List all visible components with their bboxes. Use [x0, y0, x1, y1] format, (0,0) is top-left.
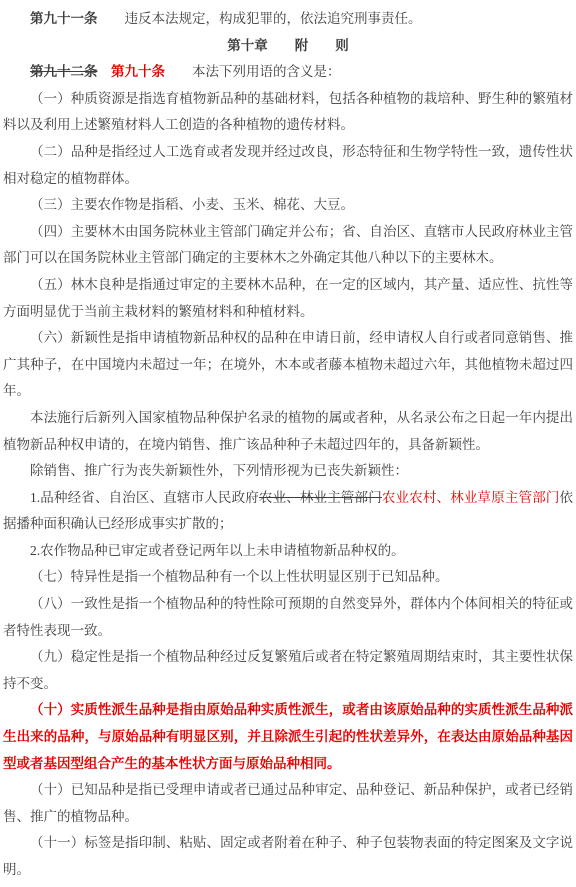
article-text: 违反本法规定，构成犯罪的，依法追究刑事责任。	[98, 11, 422, 26]
body-text: 2.农作物品种已审定或者登记两年以上未申请植物新品种权的。	[30, 543, 405, 558]
definition-text: （七）特异性是指一个植物品种有一个以上性状明显区别于已知品种。	[30, 569, 449, 584]
article-number: 第九十一条	[30, 11, 98, 26]
definition-2-variety: （二）品种是指经过人工选育或者发现并经过改良，形态特征和生物学特性一致，遗传性状…	[3, 139, 573, 192]
article-91: 第九十一条 违反本法规定，构成犯罪的，依法追究刑事责任。	[3, 6, 573, 33]
definition-text: （三）主要农作物是指稻、小麦、玉米、棉花、大豆。	[30, 197, 354, 212]
definition-text: （九）稳定性是指一个植物品种经过反复繁殖后或者在特定繁殖周期结束时，其主要性状保…	[3, 649, 573, 691]
definition-11-label: （十一）标签是指印制、粘贴、固定或者附着在种子、种子包装物表面的特定图案及文字说…	[3, 830, 573, 883]
definition-text: （十一）标签是指印制、粘贴、固定或者附着在种子、种子包装物表面的特定图案及文字说…	[3, 835, 573, 877]
definition-5-improved-tree-seed: （五）林木良种是指通过审定的主要林木品种，在一定的区域内，其产量、适应性、抗性等…	[3, 272, 573, 325]
body-text: 本法施行后新列入国家植物品种保护名录的植物的属或者种，从名录公布之日起一年内提出…	[3, 410, 573, 452]
deleted-text: 农业、林业主管部门	[259, 490, 382, 505]
revised-text: 农业农村、林业草原主管部门	[382, 490, 560, 505]
definition-text: （一）种质资源是指选育植物新品种的基础材料，包括各种植物的栽培种、野生种的繁殖材…	[3, 91, 573, 133]
definition-8-uniformity: （八）一致性是指一个植物品种的特性除可预期的自然变异外，群体内个体间相关的特征或…	[3, 591, 573, 644]
definition-text: （六）新颖性是指申请植物新品种权的品种在申请日前，经申请权人自行或者同意销售、推…	[3, 330, 573, 398]
novelty-loss-item-1: 1.品种经省、自治区、直辖市人民政府农业、林业主管部门农业农村、林业草原主管部门…	[3, 485, 573, 538]
novelty-loss-lead: 除销售、推广行为丧失新颖性外，下列情形视为已丧失新颖性：	[3, 458, 573, 485]
article-text: 本法下列用语的含义是：	[165, 64, 341, 79]
definition-4-major-trees: （四）主要林木由国务院林业主管部门确定并公布；省、自治区、直辖市人民政府林业主管…	[3, 219, 573, 272]
definition-9-stability: （九）稳定性是指一个植物品种经过反复繁殖后或者在特定繁殖周期结束时，其主要性状保…	[3, 644, 573, 697]
deleted-article-number: 第九十二条	[30, 64, 98, 79]
definition-6-novelty: （六）新颖性是指申请植物新品种权的品种在申请日前，经申请权人自行或者同意销售、推…	[3, 325, 573, 405]
definition-text: （十）已知品种是指已受理申请或者已通过品种审定、品种登记、新品种保护，或者已经销…	[3, 782, 573, 824]
definition-text: （二）品种是指经过人工选育或者发现并经过改良，形态特征和生物学特性一致，遗传性状…	[3, 144, 573, 186]
definition-text: （八）一致性是指一个植物品种的特性除可预期的自然变异外，群体内个体间相关的特征或…	[3, 596, 573, 638]
revised-article-number: 第九十条	[111, 64, 165, 79]
definition-10-edv-inserted: （十）实质性派生品种是指由原始品种实质性派生，或者由该原始品种的实质性派生品种派…	[3, 697, 573, 777]
chapter-10-heading: 第十章 附 则	[3, 33, 573, 60]
legal-document: 第九十一条 违反本法规定，构成犯罪的，依法追究刑事责任。第十章 附 则第九十二条…	[0, 0, 576, 887]
definition-7-distinctness: （七）特异性是指一个植物品种有一个以上性状明显区别于已知品种。	[3, 564, 573, 591]
definition-10-known-variety: （十）已知品种是指已受理申请或者已通过品种审定、品种登记、新品种保护，或者已经销…	[3, 777, 573, 830]
body-text: 1.品种经省、自治区、直辖市人民政府	[30, 490, 259, 505]
inserted-definition-text: （十）实质性派生品种是指由原始品种实质性派生，或者由该原始品种的实质性派生品种派…	[3, 702, 573, 770]
novelty-supplement: 本法施行后新列入国家植物品种保护名录的植物的属或者种，从名录公布之日起一年内提出…	[3, 405, 573, 458]
definition-text: （四）主要林木由国务院林业主管部门确定并公布；省、自治区、直辖市人民政府林业主管…	[3, 224, 573, 266]
definition-text: （五）林木良种是指通过审定的主要林木品种，在一定的区域内，其产量、适应性、抗性等…	[3, 277, 573, 319]
novelty-loss-item-2: 2.农作物品种已审定或者登记两年以上未申请植物新品种权的。	[3, 538, 573, 565]
article-92-lead: 第九十二条 第九十条 本法下列用语的含义是：	[3, 59, 573, 86]
spacer	[98, 64, 112, 79]
definition-3-major-crops: （三）主要农作物是指稻、小麦、玉米、棉花、大豆。	[3, 192, 573, 219]
chapter-title: 第十章 附 则	[227, 38, 349, 53]
body-text: 除销售、推广行为丧失新颖性外，下列情形视为已丧失新颖性：	[30, 463, 408, 478]
definition-1-germplasm: （一）种质资源是指选育植物新品种的基础材料，包括各种植物的栽培种、野生种的繁殖材…	[3, 86, 573, 139]
